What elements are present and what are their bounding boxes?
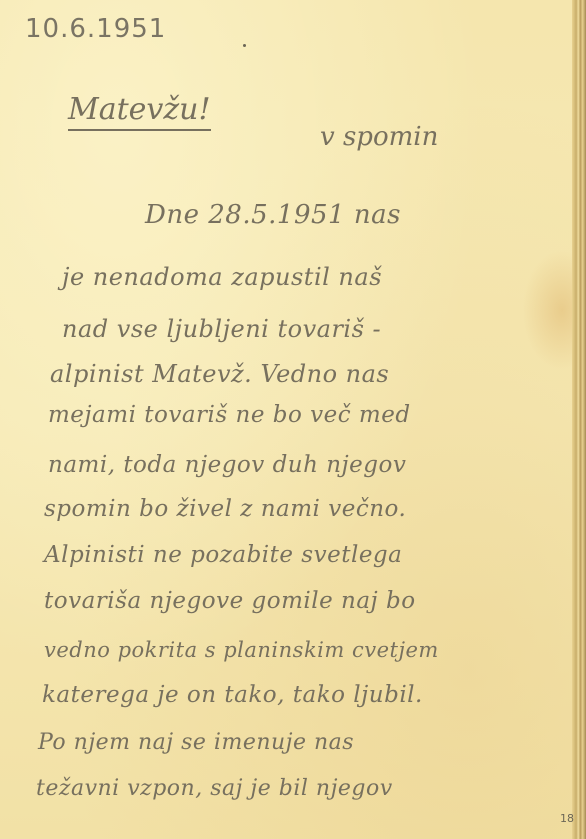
- memorial-title: Matevžu!: [68, 92, 211, 131]
- text-line-7: spomin bo živel z nami večno.: [44, 496, 406, 522]
- text-line-6: nami, toda njegov duh njegov: [48, 452, 406, 478]
- text-line-10: vedno pokrita s planinskim cvetjem: [44, 638, 439, 662]
- entry-date: 10.6.1951: [25, 14, 166, 44]
- title-block: Matevžu!: [68, 92, 211, 131]
- paper-stain: [522, 250, 572, 370]
- text-line-4: alpinist Matevž. Vedno nas: [50, 360, 389, 388]
- ink-dot: [243, 44, 246, 47]
- text-line-2: je nenadoma zapustil naš: [62, 263, 382, 291]
- text-line-13: težavni vzpon, saj je bil njegov: [36, 776, 393, 801]
- page-number: 18: [560, 812, 574, 825]
- text-line-11: katerega je on tako, tako ljubil.: [42, 682, 423, 708]
- book-spine: [572, 0, 586, 839]
- text-line-9: tovariša njegove gomile naj bo: [44, 588, 416, 614]
- memorial-subtitle: v spomin: [320, 122, 438, 152]
- text-line-8: Alpinisti ne pozabite svetlega: [44, 542, 402, 568]
- text-line-5: mejami tovariš ne bo več med: [48, 402, 411, 428]
- text-line-3: nad vse ljubljeni tovariš -: [62, 315, 381, 343]
- text-line-12: Po njem naj se imenuje nas: [38, 730, 354, 755]
- text-line-1: Dne 28.5.1951 nas: [145, 200, 401, 230]
